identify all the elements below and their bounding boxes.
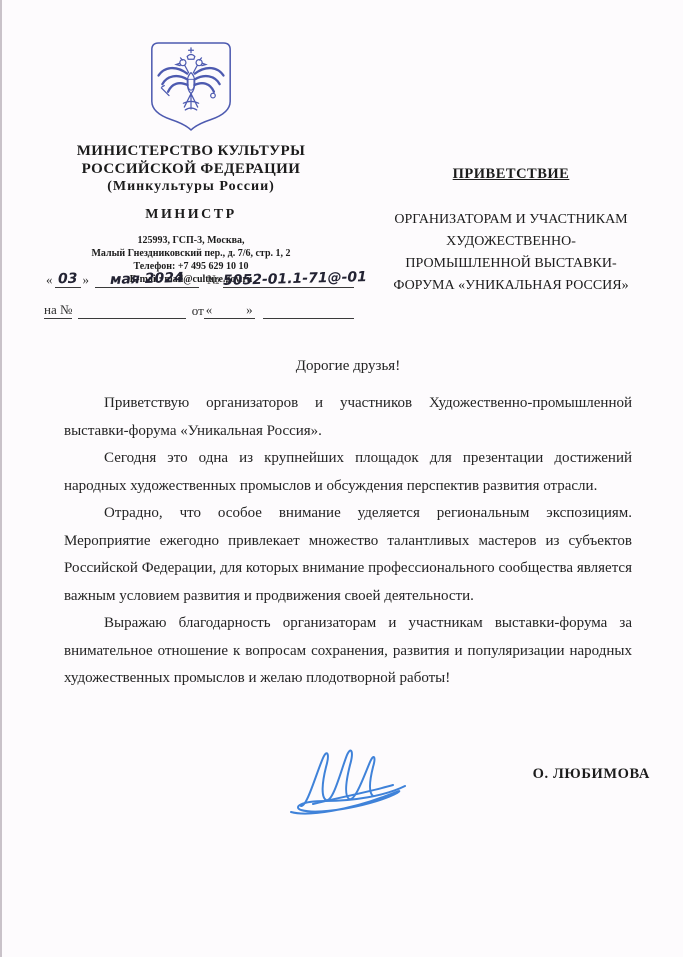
open-quote: « — [44, 272, 55, 288]
russia-coat-of-arms-icon — [148, 40, 234, 134]
addressee-block: ОРГАНИЗАТОРАМ И УЧАСТНИКАМ ХУДОЖЕСТВЕННО… — [368, 209, 654, 297]
signer-name: О. ЛЮБИМОВА — [533, 766, 650, 783]
letter-page: МИНИСТЕРСТВО КУЛЬТУРЫ РОССИЙСКОЙ ФЕДЕРАЦ… — [0, 0, 683, 957]
close-quote: » — [81, 272, 92, 288]
reply-number-blank — [78, 302, 185, 319]
from-label: от — [192, 303, 204, 319]
postal-address-line2: Малый Гнездниковский пер., д. 7/6, стр. … — [36, 247, 346, 260]
from-day-blank — [214, 302, 244, 319]
reference-block: « 03 » мая 2024 № 5052-01.1-71@-01 на № … — [44, 266, 354, 319]
reply-reference-line: на № от « » — [44, 297, 354, 319]
outgoing-number-field: 5052-01.1-71@-01 — [223, 271, 354, 288]
addressee-line: ПРОМЫШЛЕННОЙ ВЫСТАВКИ- — [368, 253, 654, 275]
document-heading: ПРИВЕТСТВИЕ ОРГАНИЗАТОРАМ И УЧАСТНИКАМ Х… — [368, 166, 654, 297]
addressee-line: ХУДОЖЕСТВЕННО- — [368, 231, 654, 253]
ministry-short-name: (Минкультуры России) — [36, 178, 346, 196]
paragraph: Приветствую организаторов и участников Х… — [64, 390, 632, 445]
letterhead: МИНИСТЕРСТВО КУЛЬТУРЫ РОССИЙСКОЙ ФЕДЕРАЦ… — [36, 40, 346, 286]
reply-prefix-label: на № — [44, 302, 72, 319]
addressee-line: ОРГАНИЗАТОРАМ И УЧАСТНИКАМ — [368, 209, 654, 231]
salutation: Дорогие друзья! — [64, 358, 632, 375]
addressee-line: ФОРУМА «УНИКАЛЬНАЯ РОССИЯ» — [368, 275, 654, 297]
position-title: МИНИСТР — [36, 207, 346, 223]
paragraph: Сегодня это одна из крупнейших площадок … — [64, 445, 632, 500]
from-open-quote: « — [204, 302, 215, 319]
date-month-year-field: мая 2024 — [95, 271, 199, 288]
document-title: ПРИВЕТСТВИЕ — [368, 166, 654, 183]
ministry-name-line1: МИНИСТЕРСТВО КУЛЬТУРЫ — [36, 142, 346, 160]
postal-address-line1: 125993, ГСП-3, Москва, — [36, 234, 346, 247]
letter-body: Дорогие друзья! Приветствую организаторо… — [64, 358, 632, 693]
from-date-blank — [263, 302, 354, 319]
date-day-field: 03 — [55, 271, 81, 288]
from-close-quote: » — [244, 302, 255, 319]
date-number-line: « 03 » мая 2024 № 5052-01.1-71@-01 — [44, 266, 354, 288]
paragraph: Отрадно, что особое внимание уделяется р… — [64, 500, 632, 610]
minister-signature-ink — [285, 744, 427, 820]
ministry-name-line2: РОССИЙСКОЙ ФЕДЕРАЦИИ — [36, 160, 346, 178]
number-sign: № — [207, 272, 219, 288]
paragraph: Выражаю благодарность организаторам и уч… — [64, 610, 632, 693]
